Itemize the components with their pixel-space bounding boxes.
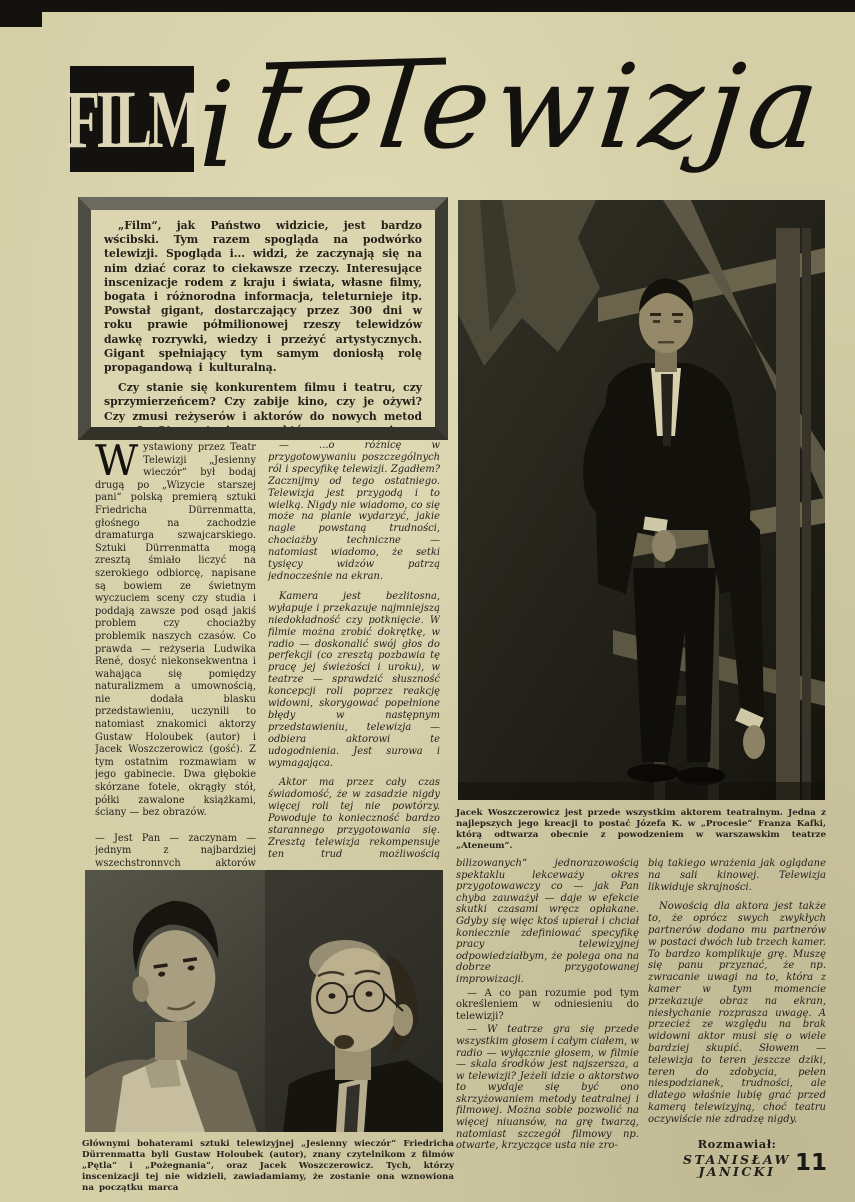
paragraph: Wystawiony przez Teatr Telewizji „Jesien…	[95, 442, 256, 820]
masthead-film-logo: FILM	[70, 66, 194, 172]
masthead-connector-i: i	[198, 66, 236, 184]
masthead-film-text: FILM	[66, 71, 199, 166]
paragraph: Kamera jest bezlitosna, wyłapuje i przek…	[268, 591, 440, 770]
intro-box: „Film“, jak Państwo widzicie, jest bardz…	[78, 197, 448, 440]
photo-bottom-left-illustration	[85, 870, 443, 1132]
article-column-1: Wystawiony przez Teatr Telewizji „Jesien…	[95, 442, 256, 866]
drop-cap: W	[95, 442, 143, 476]
paragraph-text: ystawiony przez Teatr Telewizji „Jesienn…	[95, 442, 256, 818]
article-column-3: bilizowanych“ jednorazowością spektaklu …	[456, 858, 639, 1184]
paragraph: bią takiego wrażenia jak oglądane na sal…	[648, 858, 826, 893]
paragraph: Aktor ma przez cały czas świadomość, że …	[268, 777, 440, 860]
paragraph: — W teatrze gra się przede wszystkim gło…	[456, 1024, 639, 1152]
article-column-2: — ...o różnicę w przygotowywaniu poszcze…	[268, 440, 440, 860]
paragraph: Nowością dla aktora jest także to, że op…	[648, 901, 826, 1125]
intro-paragraph-1: „Film“, jak Państwo widzicie, jest bardz…	[104, 219, 422, 375]
byline-label: Rozmawiał:	[648, 1139, 826, 1151]
photo-holoubek-woszczerowicz	[85, 870, 443, 1132]
article-column-4: bią takiego wrażenia jak oglądane na sal…	[648, 858, 826, 1178]
caption-top-right: Jacek Woszczerowicz jest przede wszystki…	[456, 808, 826, 852]
interviewer-question: — A co pan rozumie pod tym określeniem w…	[456, 988, 639, 1023]
magazine-page: FILM i telewizja „Film“, jak Państwo wid…	[0, 0, 855, 1202]
photo-jacek-woszczerowicz	[458, 200, 825, 800]
paragraph: — ...o różnicę w przygotowywaniu poszcze…	[268, 440, 440, 583]
page-number: 11	[795, 1150, 827, 1176]
masthead-script-title: telewizja	[247, 38, 852, 177]
photo-top-right-illustration	[458, 200, 825, 800]
caption-bottom-left: Głównymi bohaterami sztuki telewizyjnej …	[82, 1139, 454, 1194]
paragraph: — Jest Pan — zaczynam — jednym z najbard…	[95, 833, 256, 866]
scan-edge-bar	[0, 0, 855, 12]
paragraph: bilizowanych“ jednorazowością spektaklu …	[456, 858, 639, 986]
scan-edge-corner	[0, 0, 42, 27]
intro-paragraph-2: Czy stanie się konkurentem filmu i teatr…	[104, 381, 422, 440]
